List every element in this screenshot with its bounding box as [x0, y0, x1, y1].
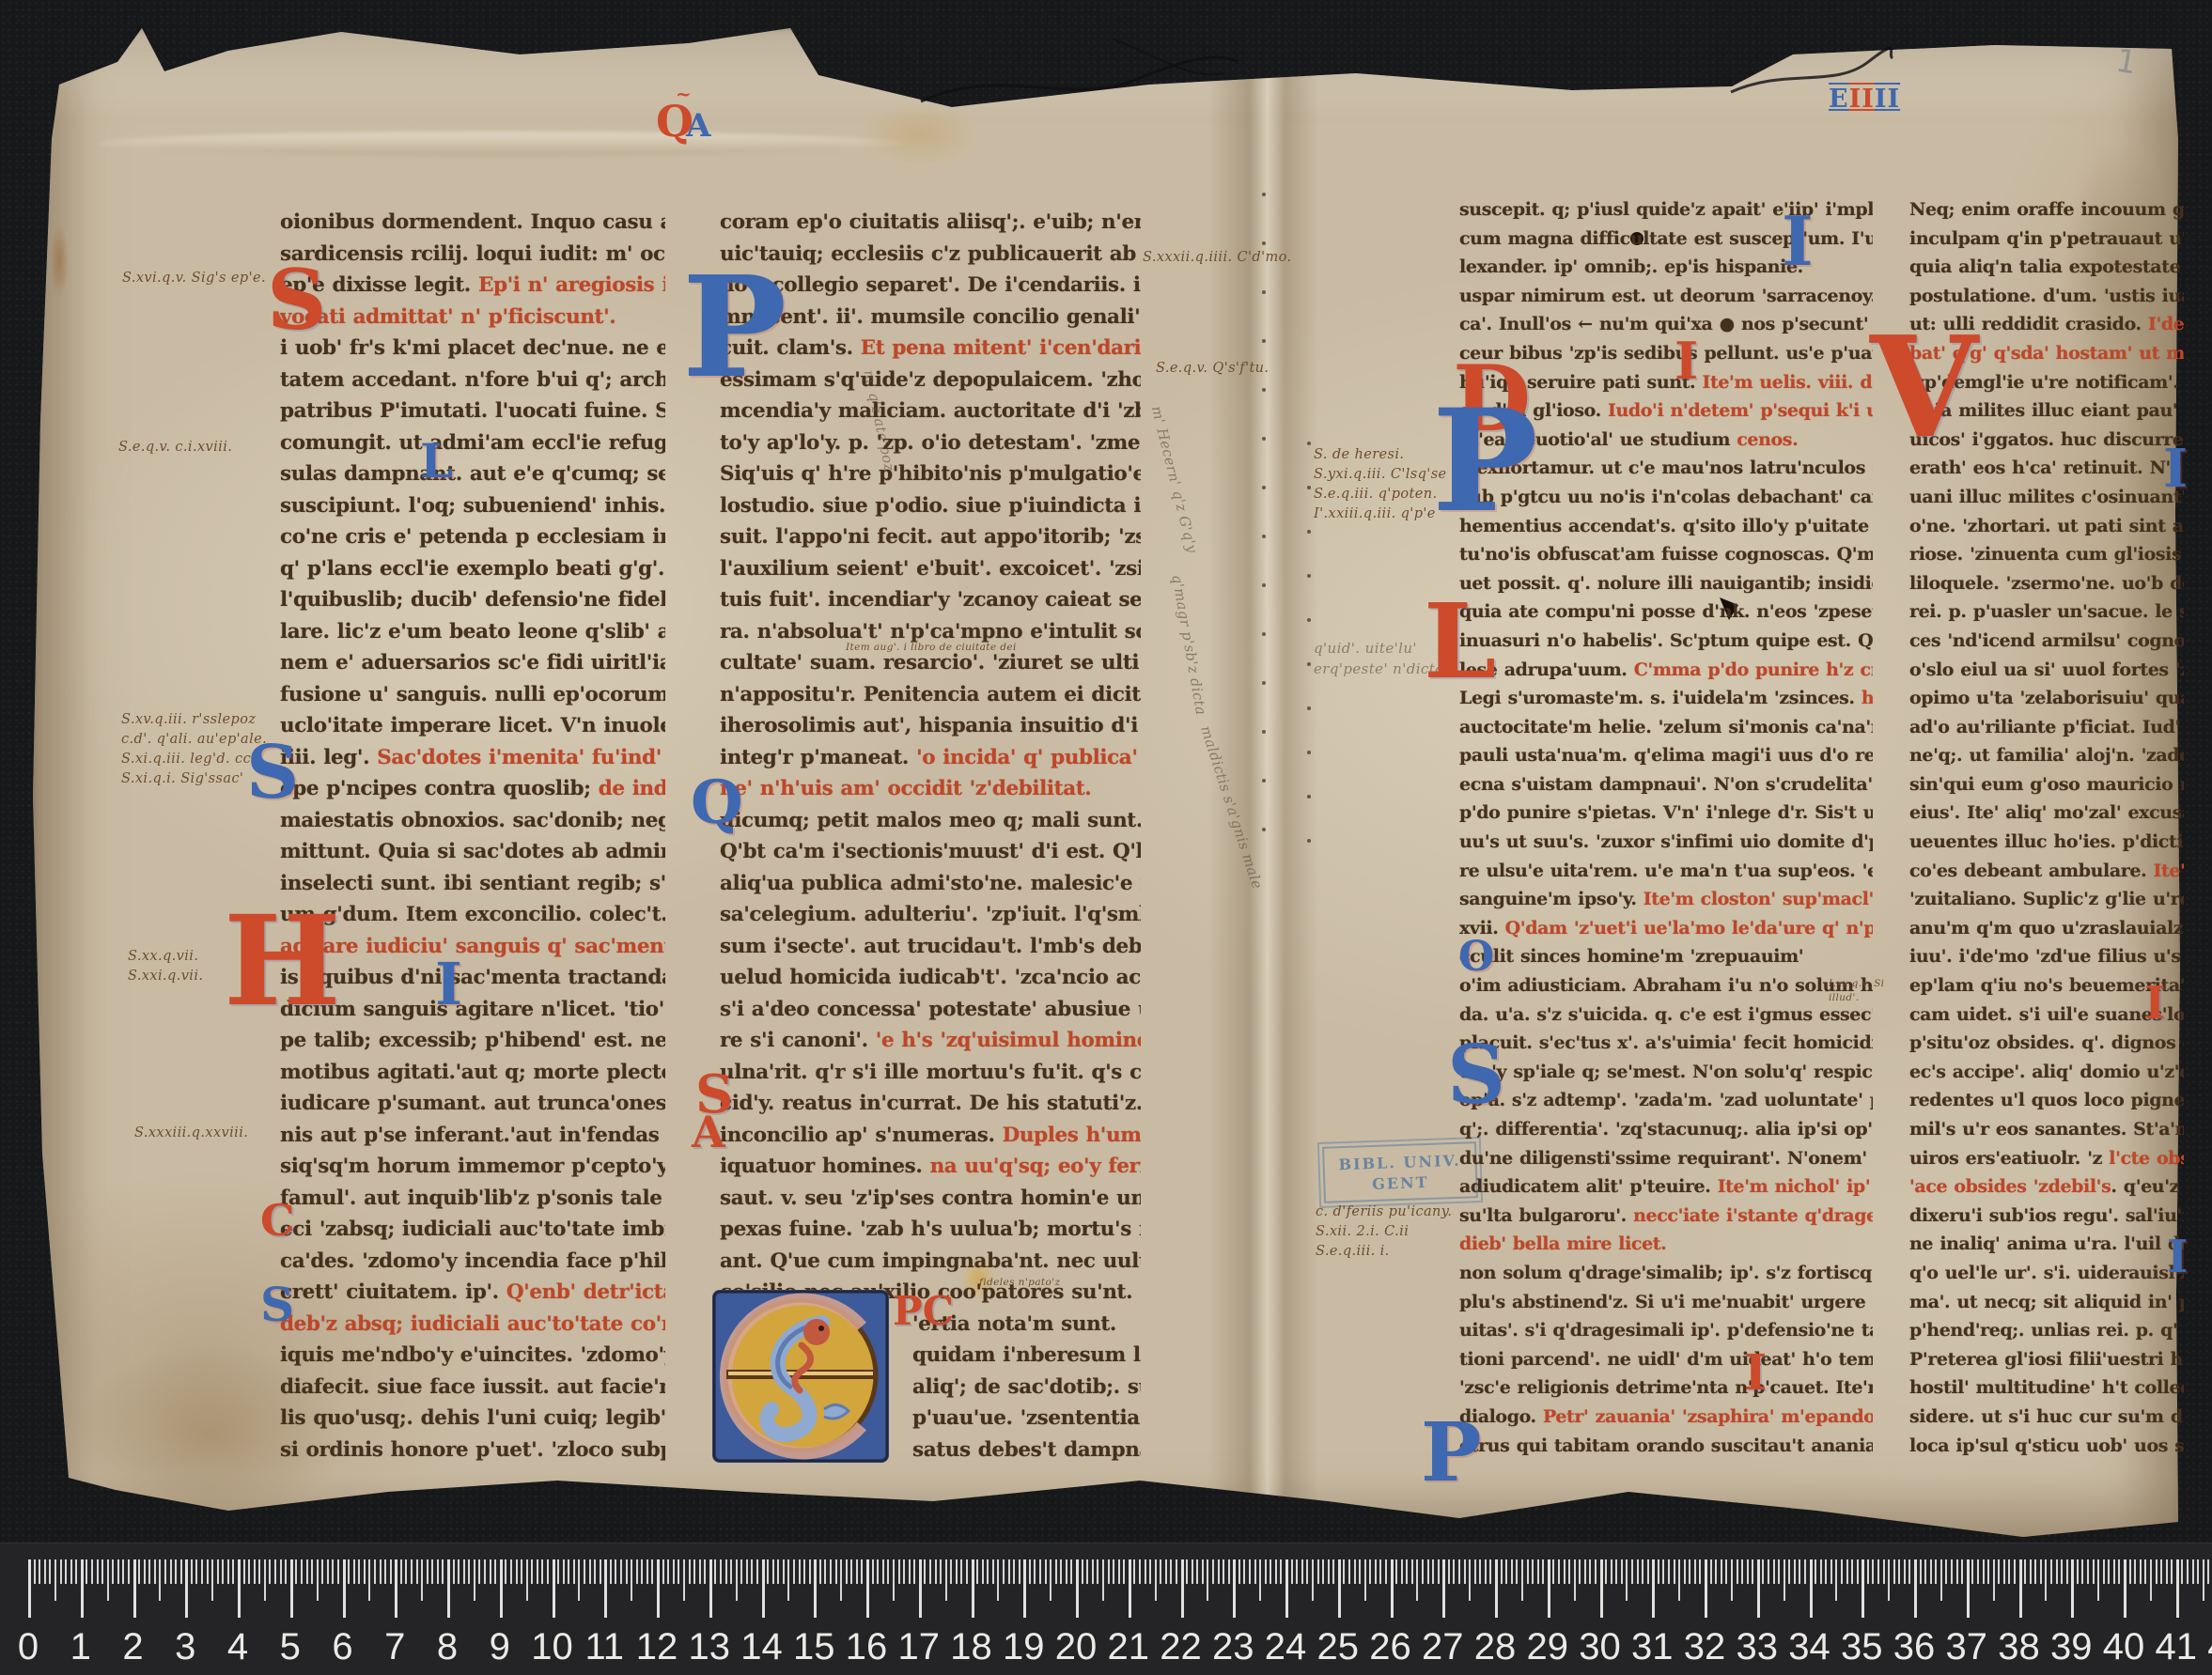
text-line: iudicare p'sumant. aut trunca'ones. quib… — [280, 1088, 665, 1120]
text-line: lare. lic'z e'um beato leone q'slib' abs… — [280, 616, 665, 648]
ruler-tick — [148, 1559, 150, 1584]
ruler-tick — [956, 1559, 958, 1584]
ruler-tick — [2034, 1559, 2036, 1584]
text-line: quia aliq'n talia expotestate e' — [1909, 253, 2184, 282]
text-line: comungit. ut admi'am eccl'ie refugiant. … — [280, 427, 665, 459]
ruler-tick — [144, 1559, 146, 1584]
text-line: ma'. ut necq; sit aliquid in' po'ss — [1909, 1288, 2184, 1317]
ruler-tick — [1422, 1559, 1424, 1584]
illuminated-initial-Q: Q — [691, 778, 743, 829]
margin-note: c. d'feriis pu'icany.S.xii. 2.i. C.iiS.e… — [1316, 1202, 1452, 1262]
ruler-tick — [81, 1559, 84, 1618]
ruler-tick — [1841, 1559, 1843, 1584]
ruler-tick — [1060, 1559, 1062, 1584]
text-line: ecna s'uistam dampnaui'. N'on s'crudelit… — [1459, 770, 1873, 799]
ruler-tick — [1626, 1559, 1628, 1601]
ruler-tick — [1857, 1559, 1859, 1584]
ruler-tick — [1029, 1559, 1031, 1584]
margin-note-line: S.e.q.v. c.i.xviii. — [118, 438, 232, 458]
text-line: riose. 'zinuenta cum gl'iosis filiis — [1909, 540, 2184, 569]
ruler-tick — [453, 1559, 455, 1584]
ruler-tick — [1835, 1559, 1837, 1601]
ruler-label: 16 — [846, 1626, 888, 1668]
prick-mark — [1262, 290, 1266, 294]
illuminated-initial-I: I — [2144, 985, 2165, 1023]
text-line: inuasuri n'o habelis'. Sc'ptum quipe est… — [1459, 627, 1873, 656]
ruler-tick — [1741, 1559, 1743, 1584]
text-line: plu's abstinend'z. Si u'i me'nuabit' urg… — [1459, 1288, 1873, 1317]
margin-note: fideles n'pato'z — [979, 1276, 1060, 1290]
text-line: non solum q'drage'simalib; ip'. s'z fort… — [1459, 1259, 1873, 1288]
ruler-tick — [2030, 1559, 2032, 1584]
ruler-tick — [1359, 1559, 1361, 1584]
text-line: iuu'. i'de'mo 'zd'ue filius u's ite'm — [1909, 942, 2184, 971]
ruler-tick — [1778, 1559, 1780, 1584]
text-line: eci 'zabsq; iudiciali auc'to'tate imbro'… — [280, 1214, 665, 1246]
ruler-tick — [1270, 1559, 1271, 1584]
ruler-tick — [1411, 1559, 1413, 1584]
text-line: ca'des. 'zdomo'y incendia face p'hibit'.… — [280, 1246, 665, 1278]
ruler-tick — [2129, 1559, 2131, 1584]
ruler-tick — [2113, 1559, 2115, 1584]
ruler-tick — [1176, 1559, 1177, 1584]
ruler-tick — [1851, 1559, 1853, 1584]
ruler-tick — [138, 1559, 140, 1584]
ruler-tick — [1611, 1559, 1612, 1584]
margin-note-line: S.xxxiii.q.xxviii. — [134, 1124, 248, 1143]
margin-note-line: S.xi.q.iii. leg'd. cc'. — [121, 750, 267, 769]
ruler-tick — [442, 1559, 444, 1584]
ruler-tick — [1306, 1559, 1308, 1584]
text-line: integ'r p'maneat. 'o incida' q' publica'… — [720, 742, 1141, 774]
text-line: patribus P'imutati. l'uocati fuine. S'q'… — [280, 395, 665, 427]
margin-note-line: S.yxi.q.iii. C'lsq'se — [1314, 465, 1447, 485]
ruler-tick — [1181, 1559, 1184, 1618]
ruler-label: 11 — [585, 1626, 625, 1668]
prick-mark — [1307, 574, 1311, 578]
ruler-tick — [274, 1559, 276, 1584]
text-line: to'y ap'lo'y. p. 'zp. o'io detestam'. 'z… — [720, 427, 1141, 459]
ruler-label: 25 — [1317, 1626, 1360, 1668]
ruler-tick — [641, 1559, 643, 1584]
text-line: xvii. Q'dam 'z'uet'i ue'la'mo le'da'ure … — [1459, 914, 1873, 943]
ruler-tick — [2081, 1559, 2083, 1584]
ruler-tick — [620, 1559, 622, 1584]
ruler-tick — [553, 1559, 555, 1618]
ruler-tick — [1908, 1559, 1910, 1584]
text-line: tioni parcend'. ne uidl' d'm uideat' h'o… — [1459, 1345, 1873, 1374]
ruler-tick — [1647, 1559, 1649, 1584]
ruler-tick — [1427, 1559, 1429, 1584]
text-line: mittunt. Quia si sac'dotes ab administra… — [280, 836, 665, 868]
ruler-tick — [478, 1559, 480, 1584]
ruler-tick — [1212, 1559, 1214, 1584]
text-line: ueuentes illuc ho'ies. p'dicti uir't — [1909, 828, 2184, 857]
ruler-tick — [1076, 1559, 1079, 1618]
ruler-tick — [317, 1559, 319, 1601]
ruler-tick — [343, 1559, 346, 1618]
ruler-tick — [39, 1559, 40, 1584]
ruler-tick — [1118, 1559, 1120, 1584]
text-line: 'zuitaliano. Suplic'z g'lie u're p' — [1909, 885, 2184, 914]
ruler-tick — [1558, 1559, 1560, 1584]
ruler-label: 41 — [2156, 1626, 2198, 1668]
prick-mark — [1262, 486, 1266, 489]
text-line: rei. p. p'uasler un'sacue. le s'hu — [1909, 597, 2184, 627]
text-line: p'situ'oz obsides. q'. dignos deq'm — [1909, 1029, 2184, 1058]
ruler-tick — [2171, 1559, 2173, 1584]
prick-mark — [1307, 662, 1311, 666]
margin-note: S.xx.q.vii.S.xxi.q.vii. — [128, 947, 203, 986]
ruler-tick — [1249, 1559, 1251, 1584]
ruler-tick — [258, 1559, 260, 1584]
text-line: cam uidet. s'i uil'e suanes'los et — [1909, 1000, 2184, 1030]
ruler-tick — [321, 1559, 323, 1584]
ruler-tick — [992, 1559, 994, 1584]
ruler-tick — [1442, 1559, 1445, 1618]
ruler-tick — [1883, 1559, 1885, 1584]
ruler-tick — [1564, 1559, 1566, 1584]
prick-mark — [1307, 486, 1311, 489]
text-line: fusione u' sanguis. nulli ep'ocorum sua … — [280, 679, 665, 711]
ruler-tick — [49, 1559, 51, 1584]
text-line: dixeru'i sub'ios regu'. sal'iu'i de — [1909, 1202, 2184, 1231]
ruler-tick — [1448, 1559, 1450, 1584]
text-line: iherosolimis aut', hispania insuitio d'i… — [720, 710, 1141, 742]
text-line: cid'y. reatus in'currat. De his statuti'… — [720, 1088, 1141, 1120]
ruler-tick — [997, 1559, 999, 1601]
text-line: sardicensis rcilij. loqui iudit: m' octa… — [280, 239, 665, 271]
ruler-tick — [1752, 1559, 1753, 1584]
text-line: eius'. Ite' aliq' mo'zal' excusatione' — [1909, 799, 2184, 828]
text-line: tuo'y sp'iale q; se'mest. N'on solu'q' r… — [1459, 1058, 1873, 1087]
ruler-tick — [97, 1559, 99, 1584]
ruler-label: 38 — [1998, 1626, 2040, 1668]
ruler-tick — [2003, 1559, 2005, 1584]
ruler-tick — [783, 1559, 785, 1584]
ruler-tick — [285, 1559, 287, 1584]
ruler-tick — [882, 1559, 884, 1584]
ruler-tick — [1737, 1559, 1738, 1584]
text-line: coram ep'o ciuitatis aliisq';. e'uib; n'… — [720, 207, 1141, 239]
text-line: deb'z absq; iudiciali auc'to'tate co'mun… — [280, 1309, 665, 1341]
text-line: dieb' bella mire licet. — [1459, 1230, 1873, 1259]
ruler-tick — [1662, 1559, 1664, 1584]
ruler-tick — [421, 1559, 423, 1601]
text-line: 'zsc'e religionis detrime'nta n'p'cauet.… — [1459, 1373, 1873, 1403]
ruler-tick — [91, 1559, 93, 1584]
ruler-tick — [1920, 1559, 1922, 1584]
ruler-tick — [589, 1559, 591, 1584]
quire-numeral-glyph: I — [1862, 85, 1875, 114]
ruler-tick — [1971, 1559, 1973, 1584]
ruler-tick — [1967, 1559, 1970, 1618]
illuminated-initial-P: P — [682, 269, 787, 387]
ruler-tick — [2156, 1559, 2157, 1584]
prick-mark — [1262, 241, 1266, 245]
ruler-label: 35 — [1841, 1626, 1883, 1668]
ruler-tick — [254, 1559, 256, 1584]
ruler-tick — [1023, 1559, 1026, 1618]
ruler-label: 40 — [2103, 1626, 2145, 1668]
text-line: sa'celegium. adulteriu'. 'zp'iuit. l'q's… — [720, 899, 1141, 931]
illuminated-initial-S: S — [246, 742, 299, 804]
ruler-tick — [840, 1559, 842, 1601]
text-line: Neq; enim oraffe incouum g'ui' — [1909, 195, 2184, 225]
ruler-tick — [1595, 1559, 1597, 1584]
text-line: mil's u'r eos sanantes. St'a'm — [1909, 1115, 2184, 1144]
ruler-tick — [1113, 1559, 1114, 1584]
ruler-tick — [1788, 1559, 1790, 1584]
ruler-tick — [86, 1559, 87, 1584]
ruler-tick — [2181, 1559, 2183, 1584]
ruler-tick — [1332, 1559, 1334, 1584]
text-line: ne'q;. ut familia' aloj'n. 'zadop'm — [1909, 741, 2184, 770]
ruler-tick — [730, 1559, 732, 1584]
ruler-tick — [1501, 1559, 1503, 1584]
ruler-tick — [1133, 1559, 1135, 1584]
text-line: anu'm q'm quo u'zraslauialz u' — [1909, 914, 2184, 943]
text-line: inculpam q'in p'petrauaut u' — [1909, 225, 2184, 254]
margin-note-line: I'.xxiii.q.iii. q'p'e — [1314, 504, 1447, 524]
margin-note-line: I.xx.q.v. Si — [1829, 977, 1884, 991]
ruler-tick — [1228, 1559, 1230, 1584]
text-line: o'im adiusticiam. Abraham i'u n'o solum … — [1459, 971, 1873, 1000]
ruler-tick — [809, 1559, 811, 1584]
ruler-tick — [390, 1559, 392, 1584]
ruler-tick — [1034, 1559, 1036, 1584]
ruler-tick — [2014, 1559, 2016, 1584]
ruler-tick — [1139, 1559, 1141, 1584]
margin-note: S.e.q.v. c.i.xviii. — [118, 438, 232, 458]
ruler-tick — [1762, 1559, 1764, 1584]
ruler-tick — [207, 1559, 209, 1584]
library-stamp: BIBL. UNIV. GENT — [1322, 1141, 1478, 1203]
ruler-tick — [65, 1559, 67, 1584]
margin-note-line: Item aug'. i libro de ciuitate dei — [846, 641, 1017, 655]
ruler-tick — [2124, 1559, 2126, 1618]
text-line: da. u'a. s'z s'uicida. q. c'e est i'gmus… — [1459, 1000, 1873, 1030]
text-line: diafecit. siue face iussit. aut facie'nt… — [280, 1372, 665, 1404]
ruler-tick — [987, 1559, 989, 1584]
ruler-tick — [1768, 1559, 1769, 1584]
ruler-tick — [1668, 1559, 1670, 1584]
ruler-tick — [1495, 1559, 1498, 1618]
ruler-tick — [1600, 1559, 1603, 1618]
text-line: uu's ut suu's. 'zuxor s'infimi uio domit… — [1459, 828, 1873, 857]
margin-note-line: fideles n'pato'z — [979, 1276, 1060, 1290]
ruler-tick — [1615, 1559, 1617, 1584]
ruler-tick — [1532, 1559, 1534, 1584]
ruler-tick — [714, 1559, 716, 1584]
text-line: etrus qui tabitam orando suscitau't anan… — [1459, 1432, 1873, 1461]
ruler-tick — [112, 1559, 114, 1584]
illuminated-initial-I: I — [435, 960, 462, 1010]
ruler-tick — [1930, 1559, 1932, 1584]
prick-mark — [1262, 339, 1266, 343]
text-line: p'do punire s'pietas. V'n' i'nlege d'r. … — [1459, 799, 1873, 828]
ruler-tick — [1862, 1559, 1864, 1618]
illuminated-initial-I: I — [1782, 212, 1814, 270]
ruler-label: 1 — [70, 1626, 91, 1668]
margin-note-line: S.xv.q.iii. r'sslepoz — [121, 710, 267, 730]
ruler-label: 27 — [1422, 1626, 1464, 1668]
prick-mark — [1307, 530, 1311, 534]
ruler-tick — [709, 1559, 712, 1618]
ruler-tick — [133, 1559, 136, 1618]
ruler-tick — [1810, 1559, 1813, 1618]
ruler-tick — [1877, 1559, 1879, 1584]
ruler-tick — [877, 1559, 879, 1584]
ruler-tick — [1552, 1559, 1554, 1584]
quire-letter: A — [686, 107, 710, 145]
prick-mark — [1307, 442, 1311, 445]
text-line: adiudicatem alit' p'teuire. Ite'm nichol… — [1459, 1172, 1873, 1202]
stain — [858, 101, 980, 167]
ruler-label: 36 — [1893, 1626, 1936, 1668]
ruler-tick — [2118, 1559, 2120, 1584]
ruler-tick — [1464, 1559, 1466, 1584]
ruler-tick — [866, 1559, 869, 1618]
ruler-tick — [358, 1559, 360, 1584]
ruler-tick — [1385, 1559, 1387, 1584]
prick-mark — [1307, 618, 1311, 622]
ruler-tick — [814, 1559, 817, 1618]
ruler-tick — [1956, 1559, 1958, 1584]
ruler-tick — [1951, 1559, 1953, 1584]
ruler-tick — [1149, 1559, 1151, 1584]
ruler-tick — [1039, 1559, 1041, 1584]
ruler-tick — [1699, 1559, 1701, 1584]
ruler-label: 18 — [950, 1626, 992, 1668]
ruler-tick — [1406, 1559, 1408, 1584]
ruler-tick — [2140, 1559, 2142, 1584]
ruler-label: 10 — [531, 1626, 573, 1668]
ruler-tick — [1254, 1559, 1256, 1584]
ruler-tick — [1170, 1559, 1172, 1584]
ruler-tick — [982, 1559, 984, 1584]
ruler-label: 23 — [1212, 1626, 1254, 1668]
ruler-tick — [1993, 1559, 1995, 1601]
ruler-tick — [2040, 1559, 2042, 1584]
text-line: si ordinis honore p'uet'. 'zloco subp'pe… — [280, 1435, 665, 1466]
ruler-tick — [568, 1559, 569, 1584]
text-line: l'auxilium seient' e'buit'. excoicet'. '… — [720, 553, 1141, 585]
text-line: saut. v. seu 'z'ip'ses contra homin'e un… — [720, 1183, 1141, 1215]
ruler-label: 4 — [227, 1626, 248, 1668]
ruler-tick — [437, 1559, 439, 1584]
text-line: sulas dampnant. aut e'e q'cumq; sententi… — [280, 458, 665, 490]
ruler-tick — [1092, 1559, 1094, 1584]
ruler-tick — [2134, 1559, 2136, 1584]
ruler-tick — [395, 1559, 397, 1618]
ruler-label: 32 — [1684, 1626, 1726, 1668]
ruler-tick — [1548, 1559, 1550, 1618]
ruler-tick — [787, 1559, 789, 1601]
ruler-tick — [563, 1559, 565, 1584]
margin-note-line: S.xi.q.i. Sig'ssac' — [121, 769, 267, 789]
ruler-tick — [1145, 1559, 1146, 1584]
ruler-tick — [541, 1559, 543, 1584]
ruler-tick — [1097, 1559, 1098, 1584]
text-line: uitas'. s'i q'dragesimali ip'. p'defensi… — [1459, 1316, 1873, 1345]
ruler-tick — [1678, 1559, 1680, 1601]
ruler-tick — [1945, 1559, 1947, 1584]
ruler-label: 3 — [175, 1626, 195, 1668]
ruler-tick — [1317, 1559, 1319, 1584]
illuminated-initial-H: H — [224, 909, 341, 1015]
text-line: crett' ciuitatem. ip'. Q'enb' detr'icta … — [280, 1277, 665, 1309]
text-line: q';. differentia'. 'zq'stacunuq;. alia i… — [1459, 1115, 1873, 1144]
ruler-tick — [1312, 1559, 1314, 1601]
ruler-tick — [1223, 1559, 1224, 1584]
ruler-label: 24 — [1265, 1626, 1307, 1668]
ruler-tick — [164, 1559, 166, 1584]
ruler-tick — [2103, 1559, 2105, 1584]
ruler-tick — [2024, 1559, 2026, 1584]
text-line: su'lta bulgaroru'. necc'iate i'stante q'… — [1459, 1202, 1873, 1231]
ruler-tick — [2187, 1559, 2189, 1584]
illuminated-initial-I: I — [2163, 447, 2188, 492]
text-line: uet possit. q'. nolure illi nauigantib; … — [1459, 569, 1873, 598]
ruler-tick — [374, 1559, 376, 1584]
ruler-tick — [887, 1559, 889, 1584]
ruler-tick — [306, 1559, 308, 1584]
ruler-tick — [117, 1559, 119, 1584]
ruler-tick — [799, 1559, 801, 1584]
ruler-tick — [2192, 1559, 2194, 1584]
text-line: famul'. aut inquib'lib'z p'sonis tale al… — [280, 1183, 665, 1215]
ruler-tick — [1757, 1559, 1760, 1618]
ruler-tick — [683, 1559, 685, 1601]
ruler-tick — [60, 1559, 62, 1584]
illuminated-initial-C: C — [260, 1202, 295, 1239]
ruler-tick — [180, 1559, 182, 1584]
top-crease — [97, 132, 905, 156]
text-line: l'quibuslib; ducib' defensio'ne fidelib;… — [280, 584, 665, 616]
ruler-tick — [1285, 1559, 1288, 1618]
quire-numeral: EIIII — [1829, 86, 1900, 112]
ruler-tick — [2160, 1559, 2162, 1584]
ruler-tick — [463, 1559, 465, 1584]
ruler-tick — [2019, 1559, 2022, 1618]
ruler-tick — [678, 1559, 679, 1584]
ruler-tick — [1872, 1559, 1874, 1584]
text-line: ec's accipe'. aliq' domio u'z'e sa'l — [1909, 1058, 2184, 1087]
ruler-tick — [929, 1559, 931, 1584]
ruler-tick — [364, 1559, 366, 1584]
text-line: vocati admittat' n' p'ficiscunt'. — [280, 302, 665, 333]
ruler-tick — [1893, 1559, 1895, 1584]
ruler-tick — [1432, 1559, 1434, 1584]
text-line: sum i'secte'. aut trucidau't. l'mb's deb… — [720, 931, 1141, 963]
prick-mark — [1262, 193, 1266, 196]
ruler-tick — [1505, 1559, 1507, 1584]
text-line: uspar nimirum est. ut deorum 'sarracenoy… — [1459, 282, 1873, 311]
ruler-tick — [416, 1559, 418, 1584]
ruler-tick — [631, 1559, 632, 1601]
ruler-tick — [578, 1559, 580, 1601]
ruler-tick — [280, 1559, 282, 1584]
ruler-tick — [2176, 1559, 2179, 1618]
ruler-tick — [2050, 1559, 2052, 1584]
prick-mark — [1262, 632, 1266, 636]
ruler-tick — [1940, 1559, 1942, 1601]
ruler-tick — [411, 1559, 413, 1584]
margin-note-line: S.e.q.iii. q'poten. — [1314, 485, 1447, 504]
ruler-tick — [1123, 1559, 1125, 1584]
text-line: p'hend'req;. unlias rei. p. q' — [1909, 1316, 2184, 1345]
